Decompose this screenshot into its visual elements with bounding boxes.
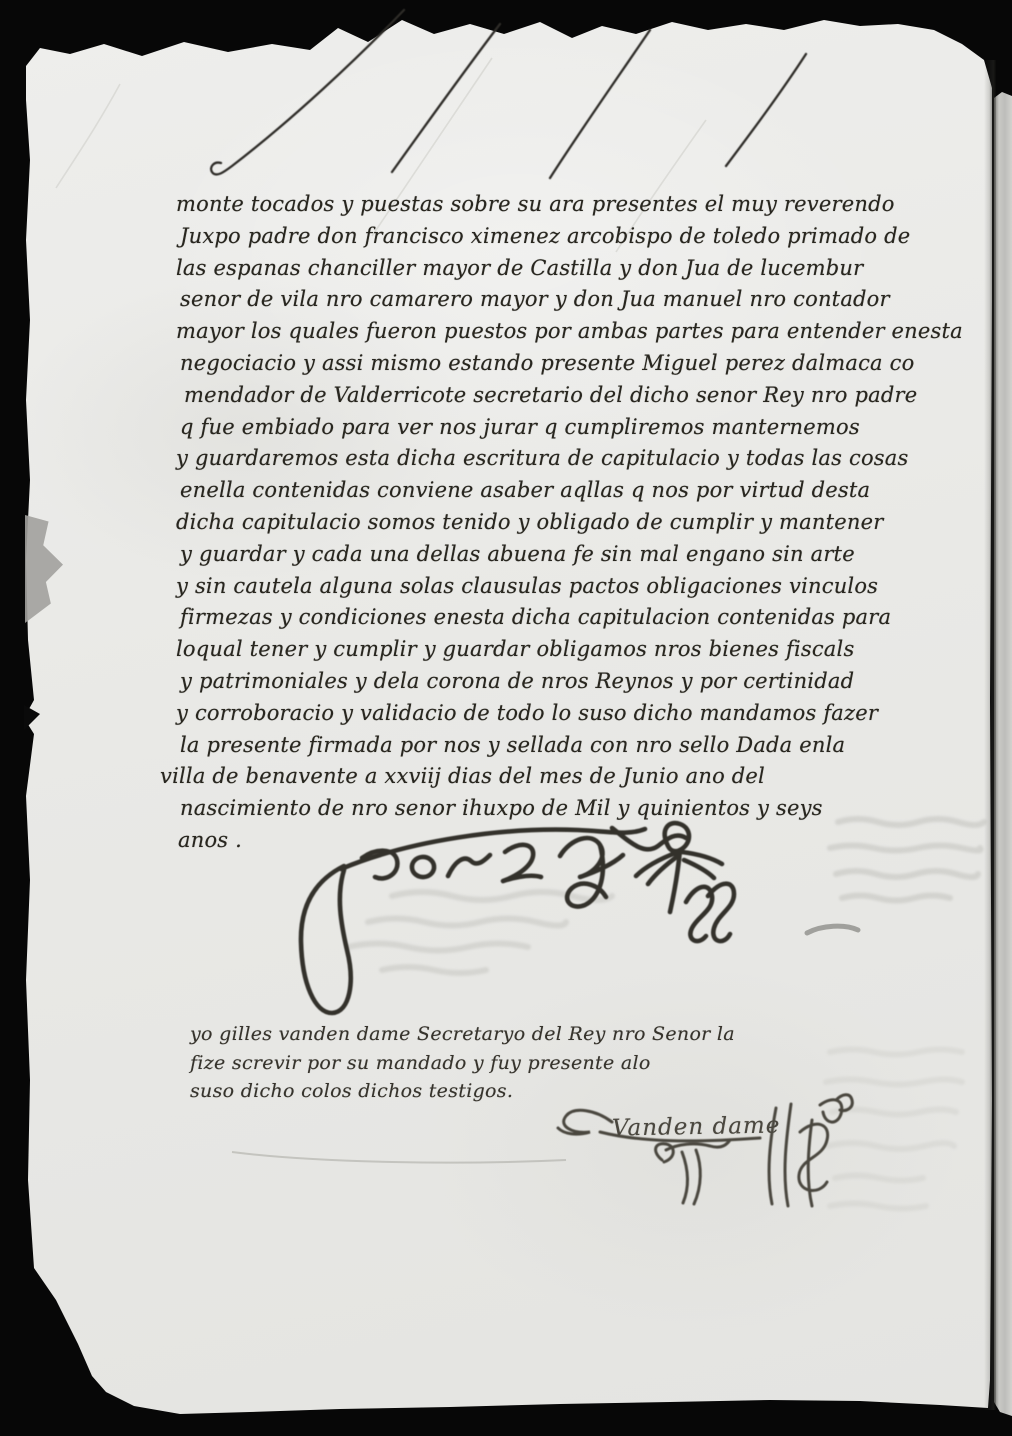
manuscript-line: villa de benavente a xxviij dias del mes…: [160, 761, 896, 793]
secretary-signature: Vanden dame: [612, 1113, 781, 1142]
manuscript-line: negociacio y assi mismo estando presente…: [180, 348, 896, 380]
notary-line: yo gilles vanden dame Secretaryo del Rey…: [190, 1020, 870, 1049]
manuscript-line: y guardaremos esta dicha escritura de ca…: [176, 443, 896, 475]
manuscript-line: Juxpo padre don francisco ximenez arcobi…: [180, 221, 896, 253]
manuscript-line: las espanas chanciller mayor de Castilla…: [176, 253, 896, 285]
manuscript-line: monte tocados y puestas sobre su ara pre…: [176, 189, 896, 221]
manuscript-line: anos .: [178, 825, 896, 857]
manuscript-line: enella contenidas conviene asaber aqllas…: [180, 475, 896, 507]
manuscript-body-text: monte tocados y puestas sobre su ara pre…: [176, 189, 896, 857]
manuscript-line: mayor los quales fueron puestos por amba…: [176, 316, 896, 348]
manuscript-line: la presente firmada por nos y sellada co…: [180, 730, 896, 762]
manuscript-line: dicha capitulacio somos tenido y obligad…: [176, 507, 896, 539]
manuscript-line: senor de vila nro camarero mayor y don J…: [180, 284, 896, 316]
manuscript-line: q fue embiado para ver nos jurar q cumpl…: [180, 412, 896, 444]
page-fold-shadow: [984, 60, 996, 1410]
notary-line: fize screvir por su mandado y fuy presen…: [190, 1049, 870, 1078]
binding-gutter-edge: [994, 92, 1012, 1416]
manuscript-line: y guardar y cada una dellas abuena fe si…: [180, 539, 896, 571]
manuscript-line: y sin cautela alguna solas clausulas pac…: [176, 571, 896, 603]
manuscript-line: y patrimoniales y dela corona de nros Re…: [180, 666, 896, 698]
manuscript-line: nascimiento de nro senor ihuxpo de Mil y…: [180, 793, 896, 825]
manuscript-line: loqual tener y cumplir y guardar obligam…: [176, 634, 896, 666]
manuscript-line: y corroboracio y validacio de todo lo su…: [176, 698, 896, 730]
notary-line: suso dicho colos dichos testigos.: [190, 1077, 870, 1106]
notary-attestation: yo gilles vanden dame Secretaryo del Rey…: [190, 1020, 870, 1106]
manuscript-line: mendador de Valderricote secretario del …: [184, 380, 896, 412]
manuscript-line: firmezas y condiciones enesta dicha capi…: [180, 602, 896, 634]
manuscript-scan: { "doc": { "kind": "handwritten manuscri…: [0, 0, 1012, 1436]
